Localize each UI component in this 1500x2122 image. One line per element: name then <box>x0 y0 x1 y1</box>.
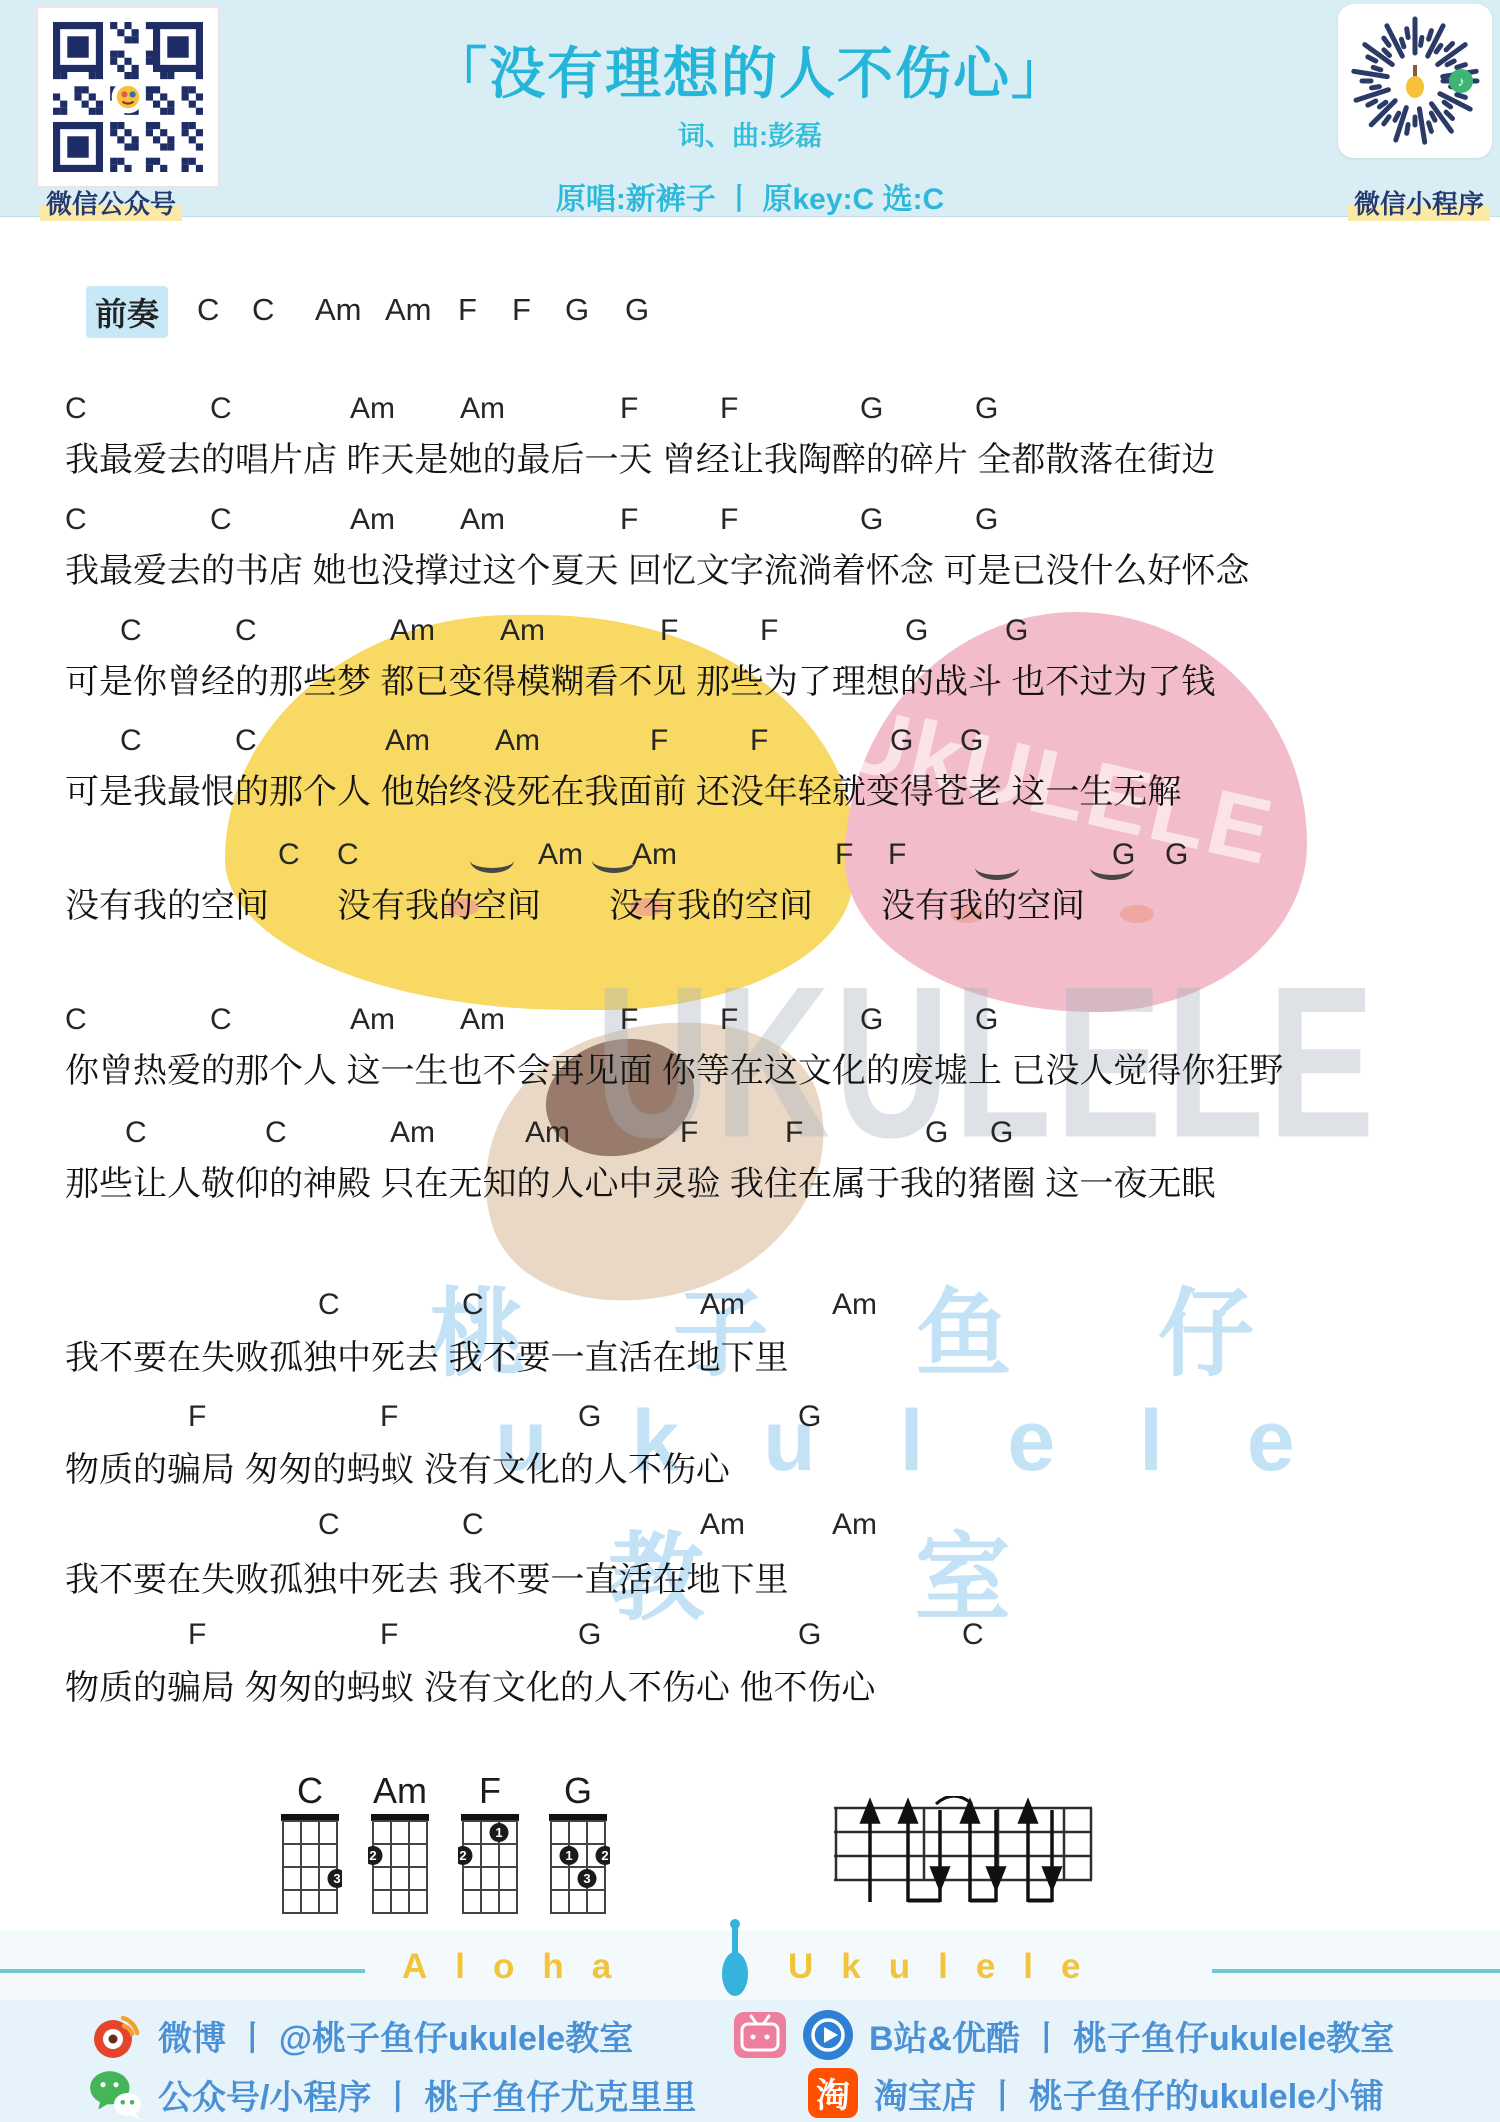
chord-diagram-Am: Am2 <box>366 1770 434 1921</box>
aloha-text: Aloha <box>402 1947 639 1987</box>
chord-label: G <box>798 1618 821 1652</box>
chord-label: Am <box>500 614 545 648</box>
weibo-icon <box>90 2008 144 2062</box>
chord-label: C <box>265 1116 287 1150</box>
chord-label: F <box>380 1618 398 1652</box>
chord-label: C <box>318 1288 340 1322</box>
chord-label: F <box>188 1618 206 1652</box>
chord-label: Am <box>385 724 430 758</box>
chord-row: CCAmAmFFGG <box>0 503 1500 543</box>
chord-label: C <box>210 503 232 537</box>
divider-left <box>0 1969 365 1973</box>
chord-label: C <box>462 1288 484 1322</box>
chord-diagram-label: C <box>276 1770 344 1812</box>
chord-diagram-label: Am <box>366 1770 434 1812</box>
qr-left-caption: 微信公众号 <box>40 184 182 221</box>
chord-label: G <box>798 1400 821 1434</box>
chord-row: CCAmAmFFGG <box>0 724 1500 764</box>
intro-chord-label: F <box>512 292 531 328</box>
lyric-line: 你曾热爱的那个人 这一生也不会再见面 你等在这文化的废墟上 已没人觉得你狂野 <box>65 1049 1283 1093</box>
chord-label: G <box>975 392 998 426</box>
footer-wechat-label: 公众号/小程序 丨 桃子鱼仔尤克里里 <box>158 2070 696 2119</box>
chord-diagram-label: G <box>544 1770 612 1812</box>
chord-row: CCAmAmFFGG <box>0 614 1500 654</box>
chord-label: G <box>890 724 913 758</box>
svg-text:3: 3 <box>333 1871 340 1886</box>
chord-label: F <box>650 724 668 758</box>
chord-label: G <box>860 503 883 537</box>
divider-right <box>1212 1969 1500 1973</box>
ukulele-icon <box>714 1918 756 1998</box>
chord-label: F <box>835 838 853 872</box>
fretboard-grid: 123 <box>546 1814 610 1916</box>
chord-label: G <box>1165 838 1188 872</box>
lyric-line: 物质的骗局 匆匆的蚂蚁 没有文化的人不伤心 <box>65 1448 730 1492</box>
footer-taobao-item: 淘 淘宝店 丨 桃子鱼仔的ukulele小铺 <box>806 2066 1384 2120</box>
svg-text:1: 1 <box>565 1848 572 1863</box>
footer-weibo-item: 微博 丨 @桃子鱼仔ukulele教室 <box>90 2008 633 2062</box>
chord-label: C <box>318 1508 340 1542</box>
wechat-miniprogram-qr-code: ♪ <box>1338 4 1492 158</box>
svg-text:2: 2 <box>601 1848 608 1863</box>
footer-bilibili-label: B站&优酷 丨 桃子鱼仔ukulele教室 <box>869 2011 1394 2060</box>
chord-label: Am <box>700 1508 745 1542</box>
taobao-glyph: 淘 <box>816 2077 850 2115</box>
chord-label: G <box>925 1116 948 1150</box>
chord-label: Am <box>350 392 395 426</box>
footer-weibo-label: 微博 丨 @桃子鱼仔ukulele教室 <box>158 2011 633 2060</box>
taobao-icon: 淘 <box>806 2066 860 2120</box>
chord-diagram-F: F12 <box>456 1770 524 1921</box>
chord-label: G <box>975 503 998 537</box>
chord-label: G <box>1112 838 1135 872</box>
lyric-line: 那些让人敬仰的神殿 只在无知的人心中灵验 我住在属于我的猪圈 这一夜无眠 <box>65 1162 1215 1206</box>
chord-label: F <box>785 1116 803 1150</box>
bilibili-icon <box>733 2008 787 2062</box>
chord-label: C <box>962 1618 984 1652</box>
chord-label: Am <box>460 392 505 426</box>
chord-label: F <box>620 503 638 537</box>
intro-chord-label: Am <box>385 292 432 328</box>
chord-label: F <box>720 1003 738 1037</box>
chord-sheet-page: 微信公众号 「没有理想的人不伤心」 词、曲:彭磊 原唱:新裤子 丨 原key:C… <box>0 0 1500 2122</box>
fretboard-grid: 3 <box>278 1814 342 1916</box>
chord-label: C <box>278 838 300 872</box>
chord-label: C <box>120 724 142 758</box>
chord-diagram-G: G123 <box>544 1770 612 1921</box>
svg-text:3: 3 <box>583 1871 590 1886</box>
intro-chord-label: C <box>197 292 219 328</box>
chord-label: Am <box>495 724 540 758</box>
footer-taobao-label: 淘宝店 丨 桃子鱼仔的ukulele小铺 <box>874 2069 1384 2118</box>
svg-text:2: 2 <box>369 1848 376 1863</box>
footer-bilibili-youku-item: B站&优酷 丨 桃子鱼仔ukulele教室 <box>733 2008 1394 2062</box>
chord-label: C <box>65 392 87 426</box>
header: 微信公众号 「没有理想的人不伤心」 词、曲:彭磊 原唱:新裤子 丨 原key:C… <box>0 0 1500 217</box>
wechat-official-account-qr-code <box>36 6 220 188</box>
chord-label: Am <box>460 1003 505 1037</box>
chord-label: C <box>235 724 257 758</box>
svg-text:♪: ♪ <box>1458 73 1465 89</box>
chord-label: Am <box>390 1116 435 1150</box>
chord-label: C <box>125 1116 147 1150</box>
ukulele-text: Ukulele <box>788 1947 1109 1987</box>
chord-label: C <box>210 1003 232 1037</box>
chord-label: G <box>905 614 928 648</box>
svg-text:2: 2 <box>459 1848 466 1863</box>
chord-label: Am <box>832 1288 877 1322</box>
lyric-line: 我最爱去的书店 她也没撑过这个夏天 回忆文字流淌着怀念 可是已没什么好怀念 <box>65 549 1249 593</box>
chord-label: Am <box>350 1003 395 1037</box>
chord-label: F <box>680 1116 698 1150</box>
chord-label: F <box>620 392 638 426</box>
lyric-line: 我最爱去的唱片店 昨天是她的最后一天 曾经让我陶醉的碎片 全都散落在街边 <box>65 438 1215 482</box>
song-meta: 原唱:新裤子 丨 原key:C 选:C <box>556 174 944 218</box>
chord-label: G <box>960 724 983 758</box>
chord-label: G <box>1005 614 1028 648</box>
lyric-line: 可是你曾经的那些梦 都已变得模糊看不见 那些为了理想的战斗 也不过为了钱 <box>65 660 1215 704</box>
chord-label: F <box>380 1400 398 1434</box>
chord-label: F <box>750 724 768 758</box>
lyric-line: 物质的骗局 匆匆的蚂蚁 没有文化的人不伤心 他不伤心 <box>65 1666 875 1710</box>
intro-chord-label: Am <box>315 292 362 328</box>
intro-chord-label: C <box>252 292 274 328</box>
fish-blush <box>1120 905 1154 923</box>
svg-text:1: 1 <box>495 1825 502 1840</box>
chord-label: F <box>720 503 738 537</box>
chord-label: C <box>65 503 87 537</box>
chord-row: CCAmAmFFGG <box>0 1116 1500 1156</box>
chord-diagram-C: C3 <box>276 1770 344 1921</box>
intro-chord-label: F <box>458 292 477 328</box>
chord-label: F <box>660 614 678 648</box>
fretboard-grid: 12 <box>458 1814 522 1916</box>
chord-label: F <box>188 1400 206 1434</box>
chord-label: C <box>120 614 142 648</box>
chord-row: FFGG <box>0 1400 1500 1440</box>
strum-pattern-figure <box>828 1796 1098 1911</box>
chord-label: G <box>975 1003 998 1037</box>
chord-label: Am <box>460 503 505 537</box>
qr-right-caption: 微信小程序 <box>1348 184 1490 221</box>
chord-label: F <box>720 392 738 426</box>
chord-label: Am <box>390 614 435 648</box>
chord-row: CCAmAmFFGG <box>0 392 1500 432</box>
chord-diagram-label: F <box>456 1770 524 1812</box>
chord-label: Am <box>700 1288 745 1322</box>
chord-label: C <box>462 1508 484 1542</box>
chord-row: CCAmAm <box>0 1508 1500 1548</box>
footer-wechat-item: 公众号/小程序 丨 桃子鱼仔尤克里里 <box>88 2066 696 2122</box>
chord-label: F <box>760 614 778 648</box>
chord-row: CCAmAmFFGG <box>0 1003 1500 1043</box>
chord-label: C <box>210 392 232 426</box>
chord-label: G <box>860 1003 883 1037</box>
intro-chord-row: CCAmAmFFGG <box>0 292 1500 332</box>
chord-label: Am <box>632 838 677 872</box>
intro-chord-label: G <box>565 292 589 328</box>
lyric-line: 可是我最恨的那个人 他始终没死在我面前 还没年轻就变得苍老 这一生无解 <box>65 770 1181 814</box>
chord-label: C <box>235 614 257 648</box>
song-title: 「没有理想的人不伤心」 <box>431 30 1069 110</box>
youku-play-icon <box>801 2008 855 2062</box>
chord-label: Am <box>350 503 395 537</box>
chord-label: C <box>337 838 359 872</box>
chord-label: G <box>578 1618 601 1652</box>
chord-row: CCAmAm <box>0 1288 1500 1328</box>
chord-label: F <box>888 838 906 872</box>
chord-label: C <box>65 1003 87 1037</box>
chord-label: G <box>578 1400 601 1434</box>
lyric-line: 我不要在失败孤独中死去 我不要一直活在地下里 <box>65 1558 788 1602</box>
lyric-line: 我不要在失败孤独中死去 我不要一直活在地下里 <box>65 1336 788 1380</box>
song-credits: 词、曲:彭磊 <box>678 114 822 153</box>
chord-label: G <box>860 392 883 426</box>
chord-label: G <box>990 1116 1013 1150</box>
chord-row: FFGGC <box>0 1618 1500 1658</box>
chord-label: Am <box>832 1508 877 1542</box>
chord-row: CCAmAmFFGG <box>0 838 1500 878</box>
wechat-icon <box>88 2066 144 2122</box>
lyric-line: 没有我的空间 没有我的空间 没有我的空间 没有我的空间 <box>65 884 1085 928</box>
chord-label: F <box>620 1003 638 1037</box>
intro-chord-label: G <box>625 292 649 328</box>
chord-label: Am <box>525 1116 570 1150</box>
fretboard-grid: 2 <box>368 1814 432 1916</box>
chord-label: Am <box>538 838 583 872</box>
